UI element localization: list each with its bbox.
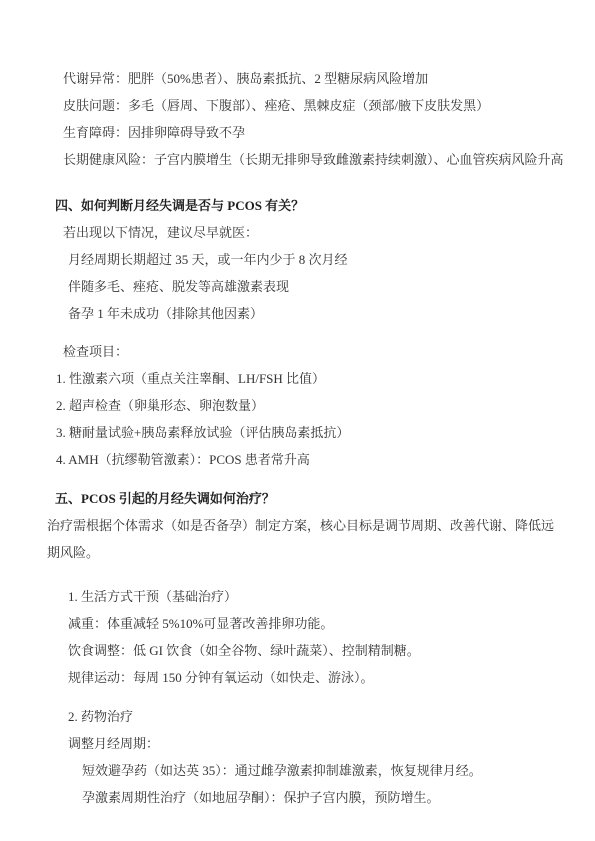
intro-line-longterm: 长期健康风险：子宫内膜增生（长期无排卵导致雌激素持续刺激）、心血管疾病风险升高 (0, 146, 595, 173)
document-page: 代谢异常：肥胖（50%患者）、胰岛素抵抗、2 型糖尿病风险增加 皮肤问题：多毛（… (0, 0, 595, 841)
section4-heading: 四、如何判断月经失调是否与 PCOS 有关？ (0, 192, 595, 219)
section5-medication-subtitle: 调整月经周期： (0, 730, 595, 757)
section5-lifestyle-weight: 减重：体重减轻 5%10%可显著改善排卵功能。 (0, 610, 595, 637)
section4-exam-label: 检查项目： (0, 338, 595, 365)
section4-advice-intro: 若出现以下情况，建议尽早就医： (0, 219, 595, 246)
section5-intro: 治疗需根据个体需求（如是否备孕）制定方案，核心目标是调节周期、改善代谢、降低远期… (0, 512, 595, 566)
section4-symptom-cycle: 月经周期长期超过 35 天，或一年内少于 8 次月经 (0, 246, 595, 273)
section5-medication-coc: 短效避孕药（如达英 35）：通过雌孕激素抑制雄激素，恢复规律月经。 (0, 757, 595, 784)
intro-line-fertility: 生育障碍：因排卵障碍导致不孕 (0, 119, 595, 146)
section5-lifestyle-diet: 饮食调整：低 GI 饮食（如全谷物、绿叶蔬菜）、控制精制糖。 (0, 637, 595, 664)
section4-exam-item-3: 3. 糖耐量试验+胰岛素释放试验（评估胰岛素抵抗） (0, 419, 595, 446)
section5-medication-title: 2. 药物治疗 (0, 703, 595, 730)
section5-lifestyle-title: 1. 生活方式干预（基础治疗） (0, 583, 595, 610)
intro-line-skin: 皮肤问题：多毛（唇周、下腹部）、痤疮、黑棘皮症（颈部/腋下皮肤发黑） (0, 92, 595, 119)
document-content: 代谢异常：肥胖（50%患者）、胰岛素抵抗、2 型糖尿病风险增加 皮肤问题：多毛（… (0, 0, 595, 811)
section4-exam-item-4: 4. AMH（抗缪勒管激素）：PCOS 患者常升高 (0, 446, 595, 473)
section4-exam-item-1: 1. 性激素六项（重点关注睾酮、LH/FSH 比值） (0, 365, 595, 392)
section4-exam-item-2: 2. 超声检查（卵巢形态、卵泡数量） (0, 392, 595, 419)
section5-heading: 五、PCOS 引起的月经失调如何治疗？ (0, 485, 595, 512)
intro-line-metabolic: 代谢异常：肥胖（50%患者）、胰岛素抵抗、2 型糖尿病风险增加 (0, 65, 595, 92)
section4-symptom-pregnancy: 备孕 1 年未成功（排除其他因素） (0, 300, 595, 327)
section5-lifestyle-exercise: 规律运动：每周 150 分钟有氧运动（如快走、游泳）。 (0, 664, 595, 691)
section5-medication-progestin: 孕激素周期性治疗（如地屈孕酮）：保护子宫内膜，预防增生。 (0, 784, 595, 811)
section4-symptom-androgen: 伴随多毛、痤疮、脱发等高雄激素表现 (0, 273, 595, 300)
